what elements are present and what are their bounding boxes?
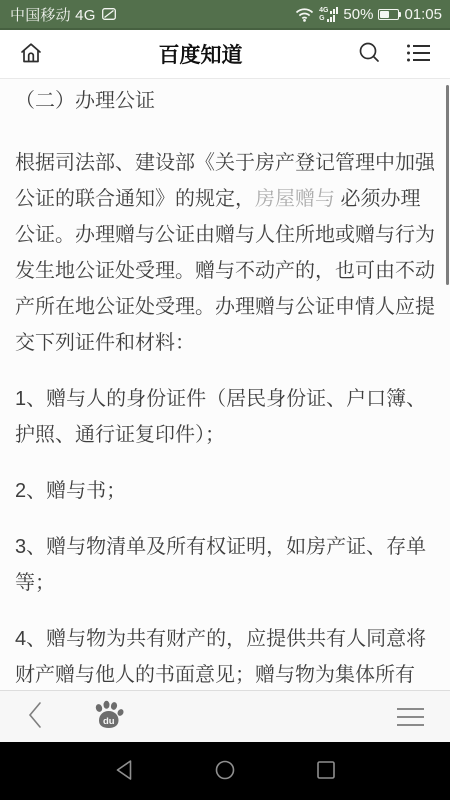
nav-home-button[interactable] (210, 755, 240, 788)
home-button[interactable] (14, 36, 48, 73)
recents-square-icon (316, 760, 336, 783)
phone-screen: 中国移动 4G 4G G (0, 0, 450, 800)
baidu-paw-icon: du (90, 699, 128, 734)
android-navbar (0, 742, 450, 800)
list-item: 2、赠与书； (15, 473, 435, 509)
app-header: 百度知道 (0, 30, 450, 79)
nav-recents-button[interactable] (312, 756, 340, 787)
list-item: 3、赠与物清单及所有权证明，如房产证、存单等； (15, 529, 435, 601)
baidu-home-button[interactable]: du (88, 697, 130, 736)
menu-icon (397, 708, 424, 726)
battery-percent: 50% (343, 6, 373, 23)
svg-text:du: du (103, 716, 115, 727)
list-item: 4、赠与物为共有财产的，应提供共有人同意将财产赠与他人的书面意见；赠与物为集体所… (15, 621, 435, 690)
header-actions (353, 36, 436, 72)
term-link[interactable]: 房屋赠与 (255, 188, 335, 210)
search-button[interactable] (353, 36, 386, 72)
home-circle-icon (214, 759, 236, 784)
back-chevron-icon (26, 700, 44, 733)
list-item: 1、赠与人的身份证件（居民身份证、户口簿、护照、通行证复印件）； (15, 381, 435, 453)
picture-icon (102, 8, 116, 20)
back-triangle-icon (114, 759, 134, 784)
intro-paragraph: 根据司法部、建设部《关于房产登记管理中加强公证的联合通知》的规定，房屋赠与 必须… (15, 145, 435, 361)
battery-icon (378, 9, 399, 20)
list-icon (406, 42, 432, 67)
sim2-label: G (319, 15, 324, 22)
nav-back-button[interactable] (110, 755, 138, 788)
back-button[interactable] (24, 698, 46, 735)
wifi-icon (295, 7, 314, 22)
search-icon (357, 40, 382, 68)
home-icon (18, 40, 44, 69)
sim1-label: 4G (319, 7, 328, 14)
paragraph-text: 必须办理公证。办理赠与公证由赠与人住所地或赠与行为发生地公证处受理。赠与不动产的… (15, 188, 435, 354)
section-heading: （二）办理公证 (15, 83, 435, 119)
clock: 01:05 (404, 6, 442, 23)
scrollbar[interactable] (446, 85, 449, 285)
article-content: （二）办理公证 根据司法部、建设部《关于房产登记管理中加强公证的联合通知》的规定… (0, 79, 450, 690)
page-title: 百度知道 (48, 39, 353, 69)
toolbar-menu-button[interactable] (395, 706, 426, 728)
status-left: 中国移动 4G (10, 4, 116, 25)
signal-icon: 4G G (319, 7, 338, 22)
carrier-label: 中国移动 4G (10, 4, 96, 25)
browser-toolbar: du (0, 690, 450, 742)
list-menu-button[interactable] (402, 38, 436, 71)
status-bar: 中国移动 4G 4G G (0, 0, 450, 30)
status-right: 4G G 50% 01:05 (295, 6, 442, 23)
